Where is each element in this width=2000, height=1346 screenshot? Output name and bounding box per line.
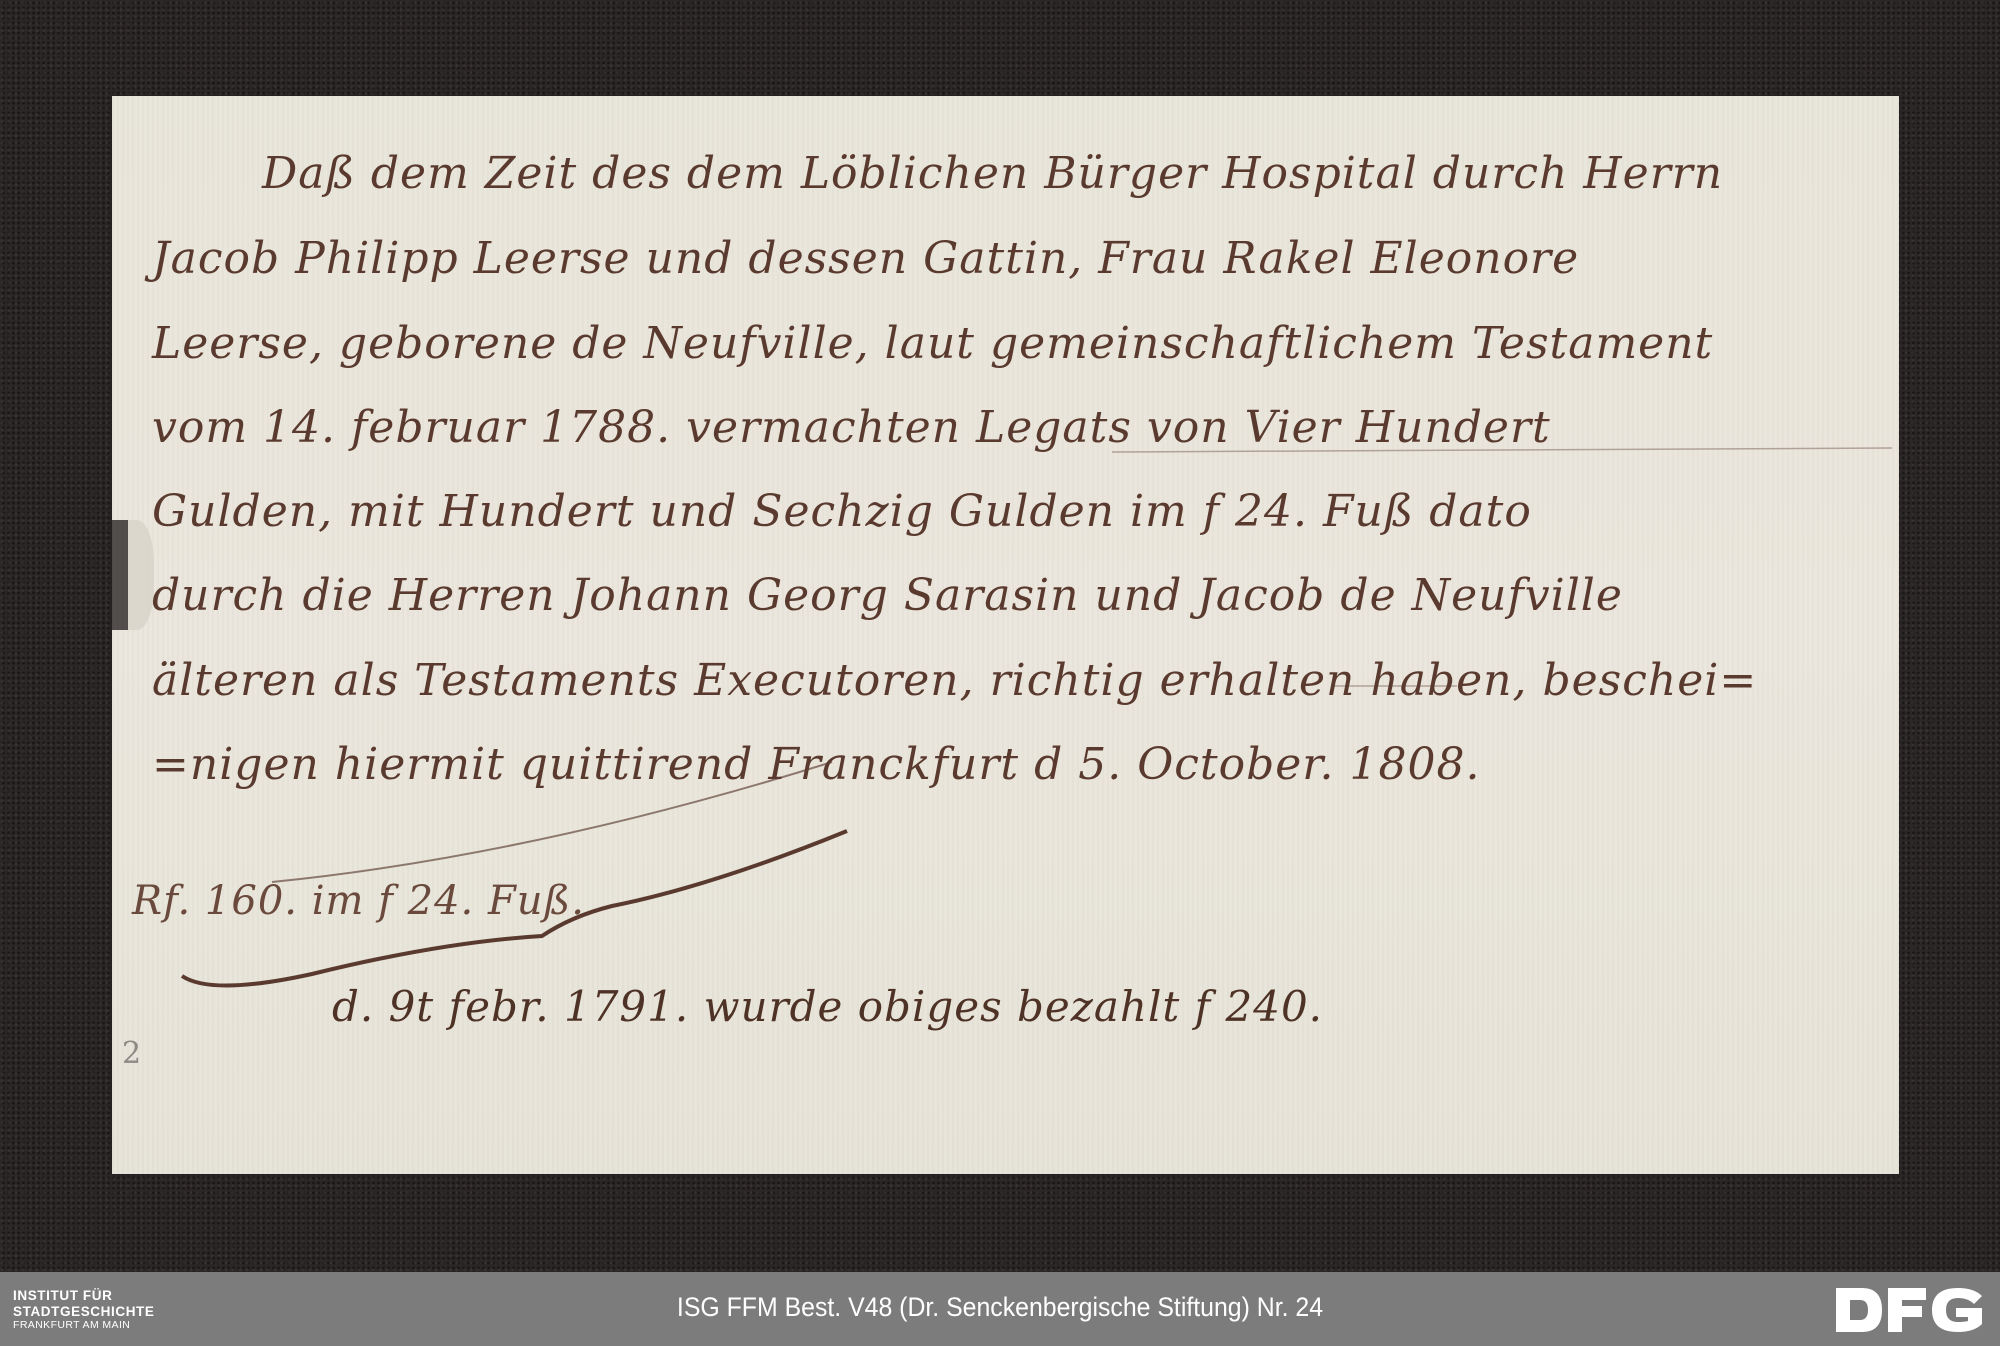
document-page: Daß dem Zeit des dem Löblichen Bürger Ho… [112,96,1899,1174]
text-line-7: älteren als Testaments Executoren, richt… [152,655,1939,706]
text-line-1: Daß dem Zeit des dem Löblichen Bürger Ho… [262,148,2000,199]
pencil-page-number: 2 [122,1036,1909,1071]
text-line-5: Gulden, mit Hundert und Sechzig Gulden i… [152,486,1939,537]
paper-tear [112,520,154,630]
text-line-3: Leerse, geborene de Neufville, laut geme… [152,318,1939,369]
payment-annotation: d. 9t febr. 1791. wurde obiges bezahlt f… [332,982,2000,1031]
archive-caption: ISG FFM Best. V48 (Dr. Senckenbergische … [80,1292,1920,1323]
text-line-6: durch die Herren Johann Georg Sarasin un… [152,570,1939,621]
text-line-8: =nigen hiermit quittirend Franckfurt d 5… [152,739,1939,790]
footer-bar: INSTITUT FÜR STADTGESCHICHTE FRANKFURT A… [0,1272,2000,1346]
text-line-4: vom 14. februar 1788. vermachten Legats … [152,402,1939,453]
amount-annotation: Rf. 160. im f 24. Fuß. [132,878,1919,924]
text-line-2: Jacob Philipp Leerse und dessen Gattin, … [152,233,1939,284]
dfg-logo-icon [1834,1286,1984,1334]
